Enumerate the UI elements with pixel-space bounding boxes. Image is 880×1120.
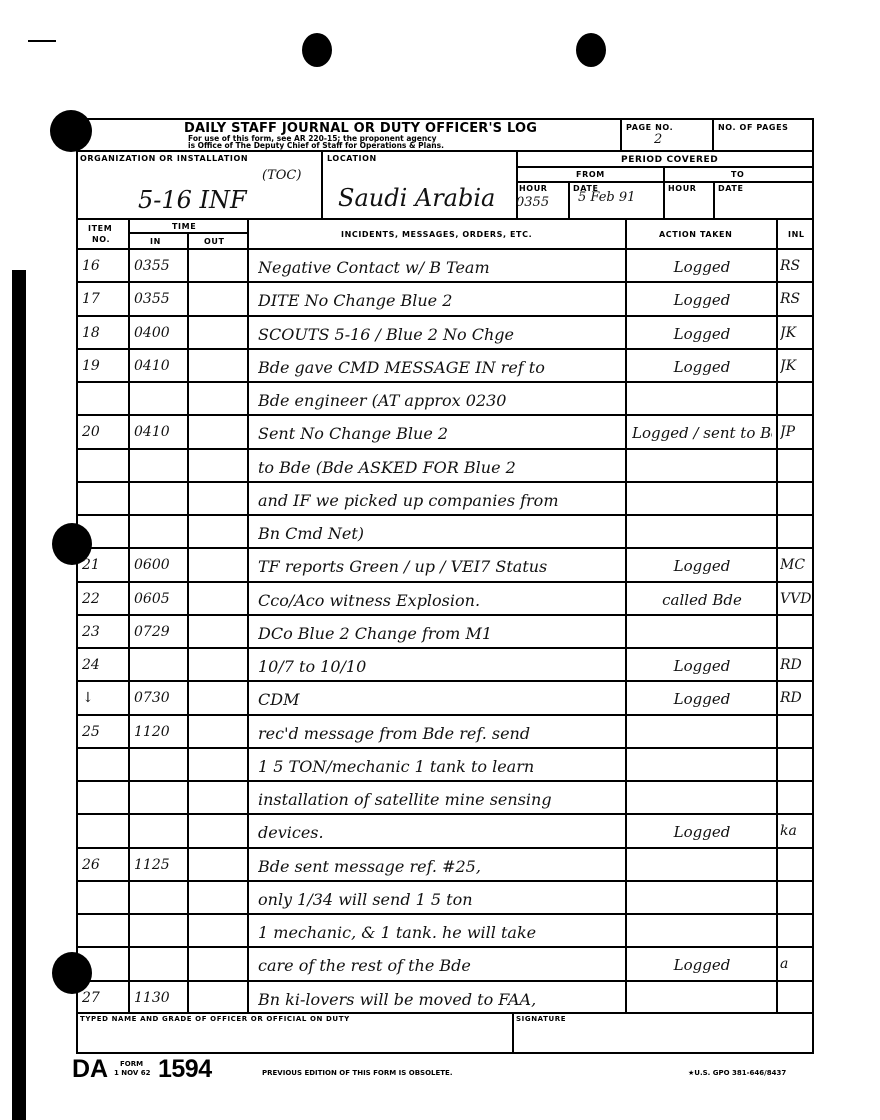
action-cell[interactable]: Logged <box>632 358 772 376</box>
row-divider <box>76 880 814 882</box>
time-in-cell[interactable]: 0605 <box>134 591 184 607</box>
row-divider <box>76 381 814 383</box>
time-in-cell[interactable]: 1120 <box>134 724 184 740</box>
incident-cell[interactable]: CDM <box>258 690 620 709</box>
no-of-pages-label: NO. OF PAGES <box>718 123 789 132</box>
from-hour-value[interactable]: 0355 <box>516 195 549 210</box>
incident-cell[interactable]: 1 5 TON/mechanic 1 tank to learn <box>258 757 620 776</box>
table-row: and IF we picked up companies from <box>76 482 814 515</box>
row-divider <box>76 414 814 416</box>
divider <box>620 118 622 152</box>
incident-cell[interactable]: to Bde (Bde ASKED FOR Blue 2 <box>258 458 620 477</box>
table-row: 1 5 TON/mechanic 1 tank to learn <box>76 748 814 781</box>
row-divider <box>76 813 814 815</box>
incident-cell[interactable]: care of the rest of the Bde <box>258 956 620 975</box>
action-cell[interactable]: Logged <box>632 956 772 974</box>
initials-cell[interactable]: RD <box>780 657 812 673</box>
item-cell[interactable]: 19 <box>82 358 122 374</box>
incident-cell[interactable]: Bn ki-lovers will be moved to FAA, <box>258 990 620 1009</box>
item-cell[interactable]: 24 <box>82 657 122 673</box>
table-row: 1 mechanic, & 1 tank. he will take <box>76 914 814 947</box>
incident-cell[interactable]: SCOUTS 5-16 / Blue 2 No Chge <box>258 325 620 344</box>
item-cell[interactable]: 27 <box>82 990 122 1006</box>
table-row: ↓0730CDMLoggedRD <box>76 681 814 714</box>
item-cell[interactable]: 25 <box>82 724 122 740</box>
incident-cell[interactable]: Bn Cmd Net) <box>258 524 620 543</box>
frame-bottom <box>76 1052 814 1054</box>
table-row: Bn Cmd Net) <box>76 515 814 548</box>
table-row: 251120rec'd message from Bde ref. send <box>76 715 814 748</box>
footer-gpo: ★U.S. GPO 381-646/8437 <box>688 1070 786 1077</box>
page-no-value[interactable]: 2 <box>654 132 662 147</box>
action-cell[interactable]: Logged <box>632 325 772 343</box>
divider <box>712 118 714 152</box>
row-divider <box>76 315 814 317</box>
row-divider <box>76 248 814 250</box>
from-date-value[interactable]: 5 Feb 91 <box>578 190 635 205</box>
time-in-cell[interactable]: 0730 <box>134 690 184 706</box>
row-divider <box>76 614 814 616</box>
item-cell[interactable]: 16 <box>82 258 122 274</box>
item-cell[interactable]: 17 <box>82 291 122 307</box>
scan-edge-bar <box>12 270 26 1120</box>
in-label: IN <box>150 237 161 246</box>
time-in-cell[interactable]: 0729 <box>134 624 184 640</box>
row-divider <box>76 348 814 350</box>
time-in-cell[interactable]: 0410 <box>134 424 184 440</box>
row-divider <box>76 913 814 915</box>
row-divider <box>76 281 814 283</box>
action-cell[interactable]: Logged <box>632 258 772 276</box>
incident-cell[interactable]: Bde sent message ref. #25, <box>258 857 620 876</box>
row-divider <box>76 647 814 649</box>
out-label: OUT <box>204 237 225 246</box>
footer-form-number: 1594 <box>158 1055 212 1084</box>
table-row: Bde engineer (AT approx 0230 <box>76 382 814 415</box>
to-label: TO <box>731 170 744 179</box>
row-divider <box>76 448 814 450</box>
footer-da: DA <box>72 1055 108 1084</box>
initials-cell[interactable]: a <box>780 956 812 972</box>
row-divider <box>76 680 814 682</box>
incident-cell[interactable]: rec'd message from Bde ref. send <box>258 724 620 743</box>
table-row: 160355Negative Contact w/ B TeamLoggedRS <box>76 249 814 282</box>
table-row: 200410Sent No Change Blue 2Logged / sent… <box>76 415 814 448</box>
table-row: devices.Loggedka <box>76 814 814 847</box>
initials-cell[interactable]: JK <box>780 325 812 341</box>
initials-cell[interactable]: RD <box>780 690 812 706</box>
log-table-body: 160355Negative Contact w/ B TeamLoggedRS… <box>76 249 814 1014</box>
incidents-label: INCIDENTS, MESSAGES, ORDERS, ETC. <box>341 230 532 239</box>
divider <box>76 1012 814 1014</box>
initials-cell[interactable]: VVD <box>780 591 812 607</box>
action-taken-label: ACTION TAKEN <box>659 230 732 239</box>
binder-hole-top-left <box>302 33 332 67</box>
table-row: 220605Cco/Aco witness Explosion.called B… <box>76 582 814 615</box>
divider <box>568 181 570 220</box>
footer-notice: PREVIOUS EDITION OF THIS FORM IS OBSOLET… <box>262 1070 453 1077</box>
action-cell[interactable]: Logged / sent to Bde <box>632 424 772 442</box>
initials-cell[interactable]: JP <box>780 424 812 440</box>
incident-cell[interactable]: TF reports Green / up / VEI7 Status <box>258 557 620 576</box>
initials-cell[interactable]: JK <box>780 358 812 374</box>
divider <box>516 181 814 183</box>
form-subtitle-2: is Office of The Deputy Chief of Staff f… <box>188 142 444 150</box>
scan-mark <box>28 40 56 42</box>
table-row: 2410/7 to 10/10LoggedRD <box>76 648 814 681</box>
table-row: 210600TF reports Green / up / VEI7 Statu… <box>76 548 814 581</box>
organization-note: (TOC) <box>262 168 301 183</box>
divider <box>321 150 323 220</box>
typed-name-label: TYPED NAME AND GRADE OF OFFICER OR OFFIC… <box>80 1015 350 1023</box>
action-cell[interactable]: Logged <box>632 657 772 675</box>
incident-cell[interactable]: 1 mechanic, & 1 tank. he will take <box>258 923 620 942</box>
table-row: care of the rest of the BdeLoggeda <box>76 947 814 980</box>
item-label-2: NO. <box>92 235 110 244</box>
item-cell[interactable]: 21 <box>82 557 122 573</box>
table-row: installation of satellite mine sensing <box>76 781 814 814</box>
divider <box>516 150 814 152</box>
incident-cell[interactable]: DITE No Change Blue 2 <box>258 291 620 310</box>
divider <box>663 166 665 220</box>
divider <box>512 1012 514 1054</box>
page-no-label: PAGE NO. <box>626 123 673 132</box>
table-row: only 1/34 will send 1 5 ton <box>76 881 814 914</box>
row-divider <box>76 946 814 948</box>
binder-hole-top-right <box>576 33 606 67</box>
incident-cell[interactable]: Bde gave CMD MESSAGE IN ref to <box>258 358 620 377</box>
table-row: 190410Bde gave CMD MESSAGE IN ref toLogg… <box>76 349 814 382</box>
item-cell[interactable]: ↓ <box>82 690 122 706</box>
row-divider <box>76 481 814 483</box>
row-divider <box>76 747 814 749</box>
row-divider <box>76 714 814 716</box>
incident-cell[interactable]: installation of satellite mine sensing <box>258 790 620 809</box>
table-row: 230729DCo Blue 2 Change from M1 <box>76 615 814 648</box>
footer-form-date: 1 NOV 62 <box>114 1070 151 1077</box>
footer-form-word: FORM <box>120 1061 143 1068</box>
item-cell[interactable]: 22 <box>82 591 122 607</box>
item-cell[interactable]: 26 <box>82 857 122 873</box>
table-row: to Bde (Bde ASKED FOR Blue 2 <box>76 449 814 482</box>
incident-cell[interactable]: Sent No Change Blue 2 <box>258 424 620 443</box>
incident-cell[interactable]: only 1/34 will send 1 5 ton <box>258 890 620 909</box>
location-value[interactable]: Saudi Arabia <box>338 184 495 212</box>
row-divider <box>76 780 814 782</box>
organization-label: ORGANIZATION OR INSTALLATION <box>80 154 248 163</box>
row-divider <box>76 980 814 982</box>
time-in-cell[interactable]: 0410 <box>134 358 184 374</box>
action-cell[interactable]: called Bde <box>632 591 772 609</box>
incident-cell[interactable]: Bde engineer (AT approx 0230 <box>258 391 620 410</box>
time-in-cell[interactable]: 0355 <box>134 291 184 307</box>
incident-cell[interactable]: Cco/Aco witness Explosion. <box>258 591 620 610</box>
location-label: LOCATION <box>327 154 377 163</box>
from-hour-label: HOUR <box>519 184 548 193</box>
item-label-1: ITEM <box>88 224 112 233</box>
time-in-cell[interactable]: 1130 <box>134 990 184 1006</box>
row-divider <box>76 514 814 516</box>
incident-cell[interactable]: Negative Contact w/ B Team <box>258 258 620 277</box>
divider <box>516 166 814 168</box>
table-row: 170355DITE No Change Blue 2LoggedRS <box>76 282 814 315</box>
divider <box>713 181 715 220</box>
divider <box>76 218 814 220</box>
table-row: 261125Bde sent message ref. #25, <box>76 848 814 881</box>
item-cell[interactable]: 18 <box>82 325 122 341</box>
organization-value[interactable]: 5-16 INF <box>138 186 247 214</box>
table-row: 180400SCOUTS 5-16 / Blue 2 No ChgeLogged… <box>76 316 814 349</box>
time-in-cell[interactable]: 0355 <box>134 258 184 274</box>
inl-label: INL <box>788 230 805 239</box>
period-covered-label: PERIOD COVERED <box>621 155 718 165</box>
incident-cell[interactable]: and IF we picked up companies from <box>258 491 620 510</box>
initials-cell[interactable]: MC <box>780 557 812 573</box>
time-in-cell[interactable]: 0400 <box>134 325 184 341</box>
incident-cell[interactable]: devices. <box>258 823 620 842</box>
action-cell[interactable]: Logged <box>632 823 772 841</box>
row-divider <box>76 847 814 849</box>
duty-log-form: DAILY STAFF JOURNAL OR DUTY OFFICER'S LO… <box>76 118 814 1054</box>
time-in-cell[interactable]: 0600 <box>134 557 184 573</box>
frame-top <box>76 118 814 120</box>
to-hour-label: HOUR <box>668 184 697 193</box>
action-cell[interactable]: Logged <box>632 690 772 708</box>
to-date-label: DATE <box>718 184 744 193</box>
time-label: TIME <box>172 222 196 231</box>
row-divider <box>76 581 814 583</box>
action-cell[interactable]: Logged <box>632 557 772 575</box>
incident-cell[interactable]: DCo Blue 2 Change from M1 <box>258 624 620 643</box>
action-cell[interactable]: Logged <box>632 291 772 309</box>
initials-cell[interactable]: ka <box>780 823 812 839</box>
incident-cell[interactable]: 10/7 to 10/10 <box>258 657 620 676</box>
time-in-cell[interactable]: 1125 <box>134 857 184 873</box>
item-cell[interactable]: 23 <box>82 624 122 640</box>
from-label: FROM <box>576 170 605 179</box>
row-divider <box>76 547 814 549</box>
initials-cell[interactable]: RS <box>780 291 812 307</box>
signature-label: SIGNATURE <box>516 1015 566 1023</box>
table-row: 271130Bn ki-lovers will be moved to FAA, <box>76 981 814 1014</box>
frame-org-top <box>76 150 516 152</box>
initials-cell[interactable]: RS <box>780 258 812 274</box>
item-cell[interactable]: 20 <box>82 424 122 440</box>
